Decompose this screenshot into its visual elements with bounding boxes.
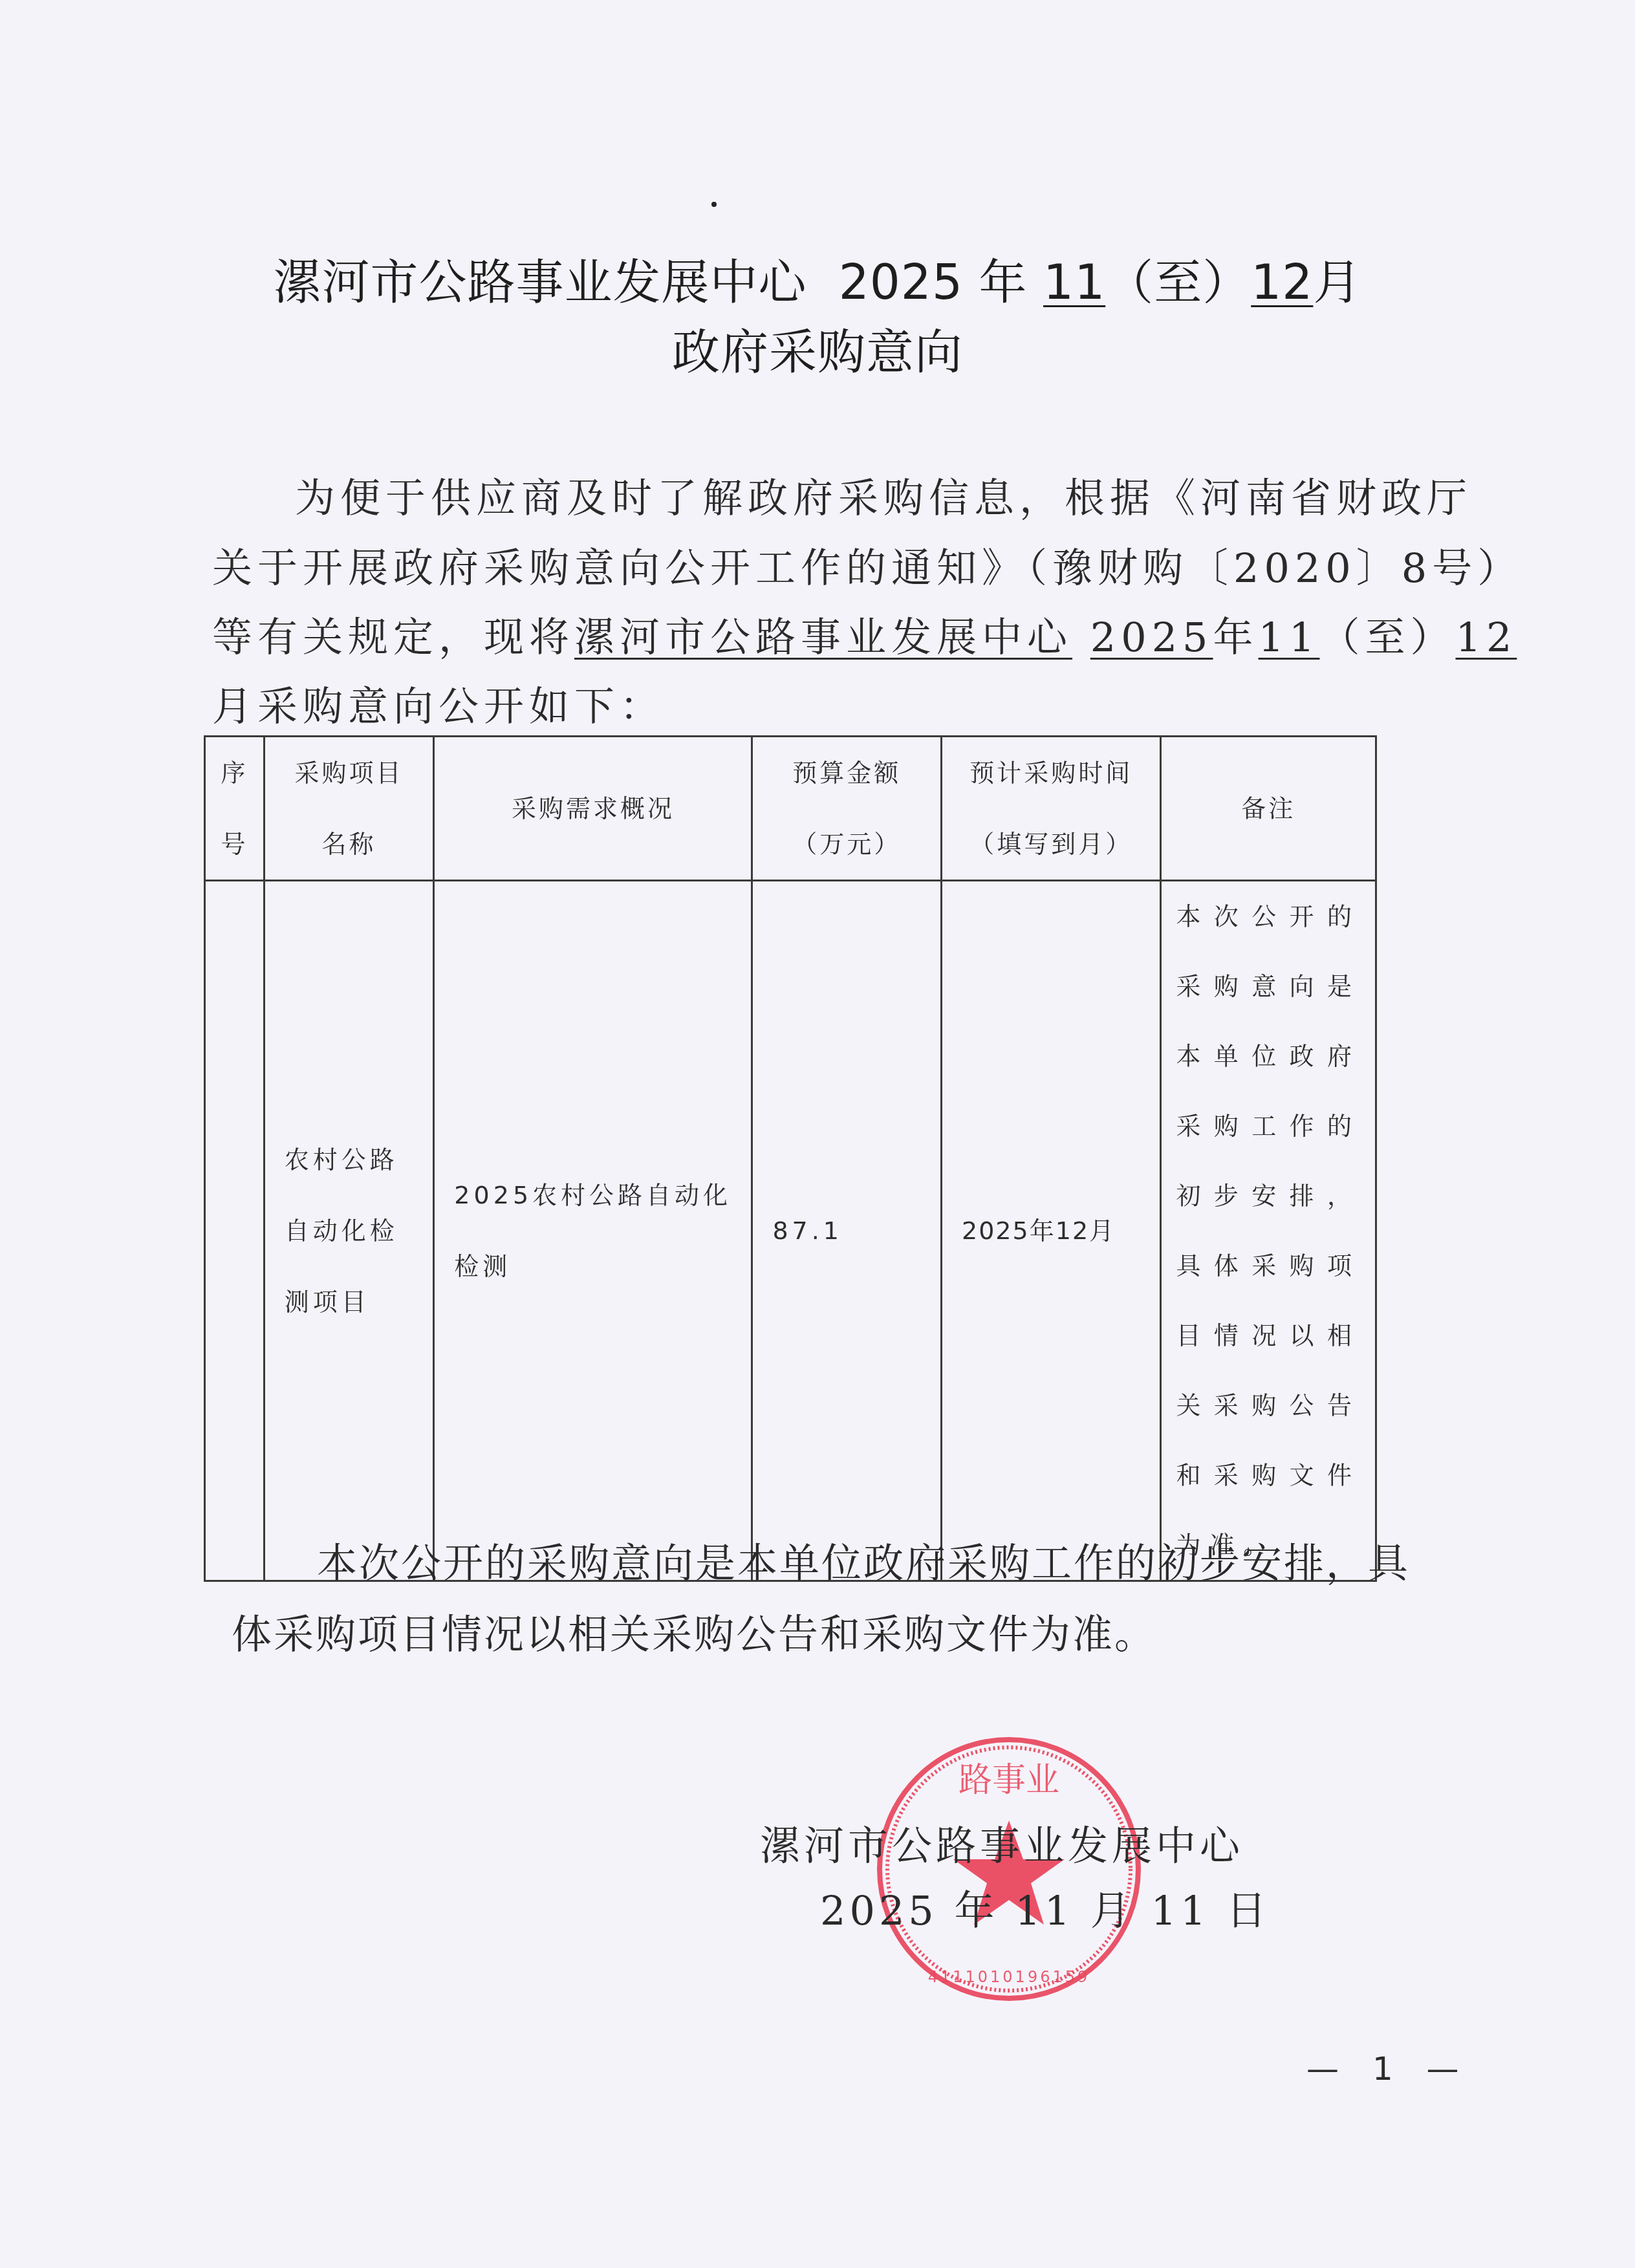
cell-remark: 本次公开的采购意向是本单位政府采购工作的初步安排，具体采购项目情况以相关采购公告… — [1161, 881, 1376, 1581]
document-title-line2: 政府采购意向 — [0, 329, 1635, 376]
cell-summary: 2025农村公路自动化检测 — [434, 881, 752, 1581]
title-yue: 月 — [1313, 255, 1361, 310]
intro-org: 漯河市公路事业发展中心 — [574, 614, 1072, 661]
table-row: 农村公路自动化检测项目 2025农村公路自动化检测 87.1 2025年12月 … — [205, 881, 1376, 1581]
table-header-row: 序号 采购项目名称 采购需求概况 预算金额（万元） 预计采购时间（填写到月） 备… — [205, 737, 1376, 881]
intro-nian: 年 — [1213, 614, 1259, 661]
intro-line-1: 为便于供应商及时了解政府采购信息，根据《河南省财政厅 — [295, 479, 1472, 519]
document-title-line1: 漯河市公路事业发展中心 2025 年 11（至）12月 — [0, 259, 1635, 307]
header-time: 预计采购时间（填写到月） — [942, 737, 1161, 881]
cell-project-name: 农村公路自动化检测项目 — [264, 881, 434, 1581]
procurement-table: 序号 采购项目名称 采购需求概况 预算金额（万元） 预计采购时间（填写到月） 备… — [204, 735, 1377, 1582]
header-seq: 序号 — [205, 737, 265, 881]
title-year: 2025 — [839, 255, 963, 310]
header-budget: 预算金额（万元） — [752, 737, 942, 881]
scan-speck — [711, 202, 717, 207]
signature-date: 2025 年 11 月 11 日 — [820, 1879, 1270, 1936]
closing-line-2: 体采购项目情况以相关采购公告和采购文件为准。 — [232, 1603, 1460, 1660]
page-number: — 1 — — [1306, 2050, 1471, 2088]
title-to: （至） — [1105, 255, 1251, 310]
intro-month-end: 12 — [1455, 614, 1517, 661]
header-summary: 采购需求概况 — [434, 737, 752, 881]
intro-to: （至） — [1319, 614, 1455, 661]
header-remark: 备注 — [1161, 737, 1376, 881]
closing-line-1: 本次公开的采购意向是本单位政府采购工作的初步安排，具 — [317, 1531, 1546, 1589]
intro-line-4: 月采购意向公开如下： — [212, 687, 665, 727]
cell-budget: 87.1 — [752, 881, 942, 1581]
cell-time: 2025年12月 — [942, 881, 1161, 1581]
signature-org: 漯河市公路事业发展中心 — [760, 1814, 1244, 1872]
title-month-end: 12 — [1251, 255, 1313, 310]
svg-text:4111010196159: 4111010196159 — [928, 1968, 1090, 1986]
title-nian: 年 — [979, 255, 1028, 310]
title-org: 漯河市公路事业发展中心 — [274, 255, 807, 310]
intro-month-start: 11 — [1259, 614, 1320, 661]
intro-year: 2025 — [1090, 614, 1213, 661]
cell-seq — [205, 881, 265, 1581]
intro-prefix: 等有关规定，现将 — [212, 614, 574, 661]
intro-line-2: 关于开展政府采购意向公开工作的通知》（豫财购〔2020〕8号） — [212, 548, 1522, 589]
title-month-start: 11 — [1043, 255, 1105, 310]
header-name: 采购项目名称 — [264, 737, 434, 881]
svg-text:路事业: 路事业 — [958, 1761, 1059, 1800]
intro-line-3: 等有关规定，现将漯河市公路事业发展中心 2025年11（至）12 — [212, 618, 1517, 658]
